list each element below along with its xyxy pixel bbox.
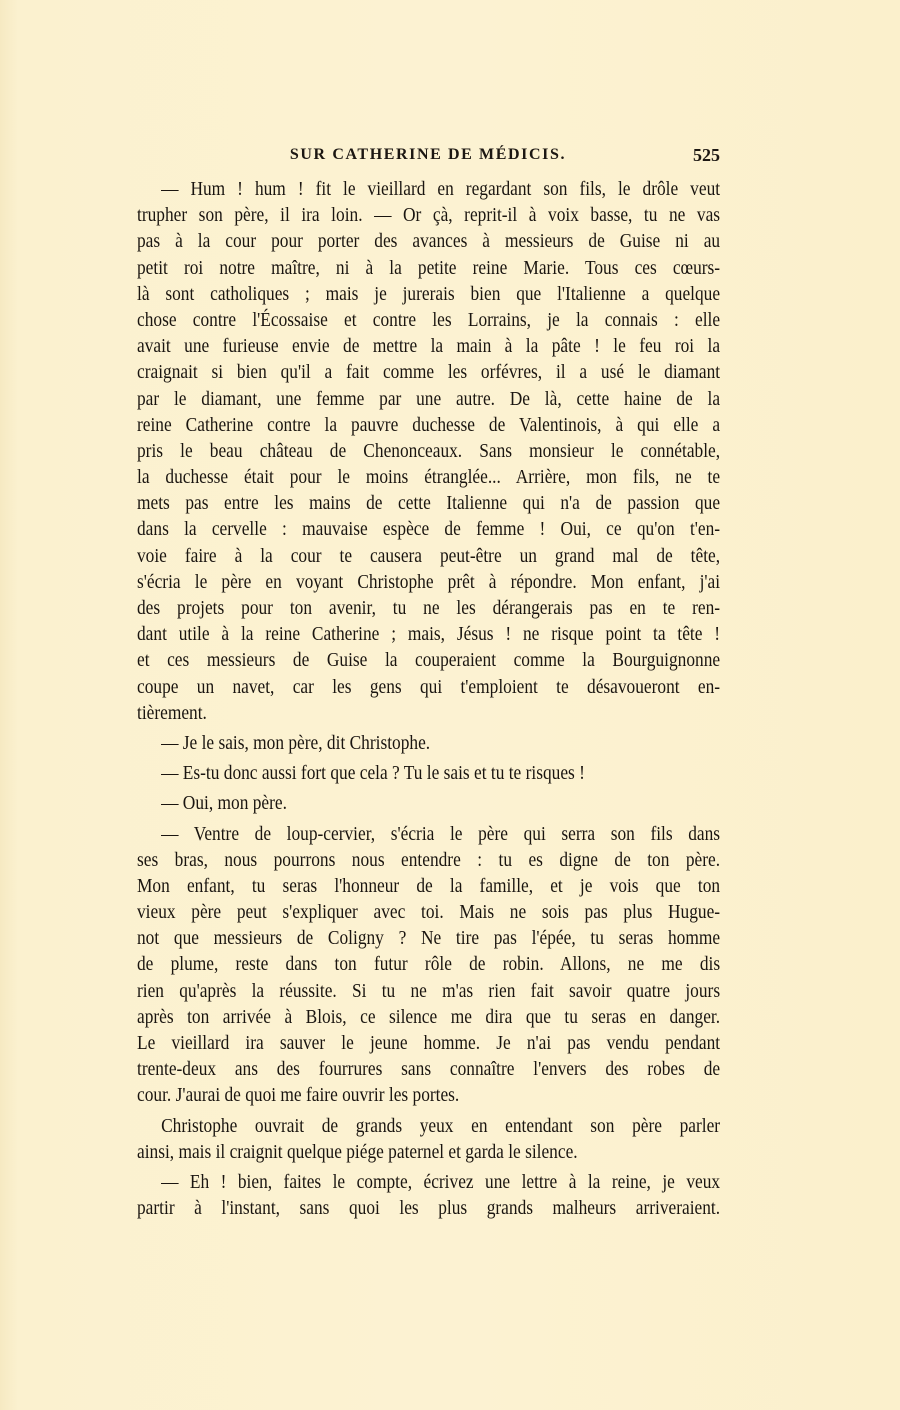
text-line: dans la cervelle : mauvaise espèce de fe… xyxy=(137,516,720,542)
body-text: — Hum ! hum ! fit le vieillard en regard… xyxy=(137,176,720,1221)
text-line: not que messieurs de Coligny ? Ne tire p… xyxy=(137,925,720,951)
text-line: tièrement. xyxy=(137,700,720,726)
text-line: — Es-tu donc aussi fort que cela ? Tu le… xyxy=(137,760,720,786)
text-line: là sont catholiques ; mais je jurerais b… xyxy=(137,281,720,307)
text-line: rien qu'après la réussite. Si tu ne m'as… xyxy=(137,978,720,1004)
paragraph: Christophe ouvrait de grands yeux en ent… xyxy=(137,1113,720,1165)
text-line: par le diamant, une femme par une autre.… xyxy=(137,386,720,412)
text-line: dant utile à la reine Catherine ; mais, … xyxy=(137,621,720,647)
paragraph: — Hum ! hum ! fit le vieillard en regard… xyxy=(137,176,720,726)
text-line: — Hum ! hum ! fit le vieillard en regard… xyxy=(137,176,720,202)
book-page: SUR CATHERINE DE MÉDICIS. 525 — Hum ! hu… xyxy=(0,0,900,1410)
text-line: pris le beau château de Chenonceaux. San… xyxy=(137,438,720,464)
text-line: — Oui, mon père. xyxy=(137,790,720,816)
text-line: après ton arrivée à Blois, ce silence me… xyxy=(137,1004,720,1030)
paragraph: — Ventre de loup-cervier, s'écria le pèr… xyxy=(137,821,720,1109)
text-line: voie faire à la cour te causera peut-êtr… xyxy=(137,543,720,569)
text-line: pas à la cour pour porter des avances à … xyxy=(137,228,720,254)
paragraph: — Oui, mon père. xyxy=(137,790,720,816)
text-line: ainsi, mais il craignit quelque piége pa… xyxy=(137,1139,720,1165)
text-line: reine Catherine contre la pauvre duchess… xyxy=(137,412,720,438)
text-line: trente-deux ans des fourrures sans conna… xyxy=(137,1056,720,1082)
paragraph: — Eh ! bien, faites le compte, écrivez u… xyxy=(137,1169,720,1221)
text-line: des projets pour ton avenir, tu ne les d… xyxy=(137,595,720,621)
text-line: partir à l'instant, sans quoi les plus g… xyxy=(137,1195,720,1221)
text-line: chose contre l'Écossaise et contre les L… xyxy=(137,307,720,333)
text-line: — Je le sais, mon père, dit Christophe. xyxy=(137,730,720,756)
text-line: — Eh ! bien, faites le compte, écrivez u… xyxy=(137,1169,720,1195)
running-title: SUR CATHERINE DE MÉDICIS. xyxy=(136,146,720,164)
paragraph: — Es-tu donc aussi fort que cela ? Tu le… xyxy=(137,760,720,786)
text-line: mets pas entre les mains de cette Italie… xyxy=(137,490,720,516)
text-line: cour. J'aurai de quoi me faire ouvrir le… xyxy=(137,1082,720,1108)
text-line: coupe un navet, car les gens qui t'emplo… xyxy=(137,674,720,700)
page-number: 525 xyxy=(693,145,720,166)
running-head: SUR CATHERINE DE MÉDICIS. 525 xyxy=(136,146,720,170)
text-line: la duchesse était pour le moins étranglé… xyxy=(137,464,720,490)
text-line: avait une furieuse envie de mettre la ma… xyxy=(137,333,720,359)
text-line: ses bras, nous pourrons nous entendre : … xyxy=(137,847,720,873)
text-line: et ces messieurs de Guise la couperaient… xyxy=(137,647,720,673)
text-line: trupher son père, il ira loin. — Or çà, … xyxy=(137,202,720,228)
text-line: Christophe ouvrait de grands yeux en ent… xyxy=(137,1113,720,1139)
text-line: craignait si bien qu'il a fait comme les… xyxy=(137,359,720,385)
text-line: s'écria le père en voyant Christophe prê… xyxy=(137,569,720,595)
text-line: — Ventre de loup-cervier, s'écria le pèr… xyxy=(137,821,720,847)
text-line: de plume, reste dans ton futur rôle de r… xyxy=(137,951,720,977)
text-line: vieux père peut s'expliquer avec toi. Ma… xyxy=(137,899,720,925)
text-line: Mon enfant, tu seras l'honneur de la fam… xyxy=(137,873,720,899)
text-line: petit roi notre maître, ni à la petite r… xyxy=(137,255,720,281)
paragraph: — Je le sais, mon père, dit Christophe. xyxy=(137,730,720,756)
text-line: Le vieillard ira sauver le jeune homme. … xyxy=(137,1030,720,1056)
